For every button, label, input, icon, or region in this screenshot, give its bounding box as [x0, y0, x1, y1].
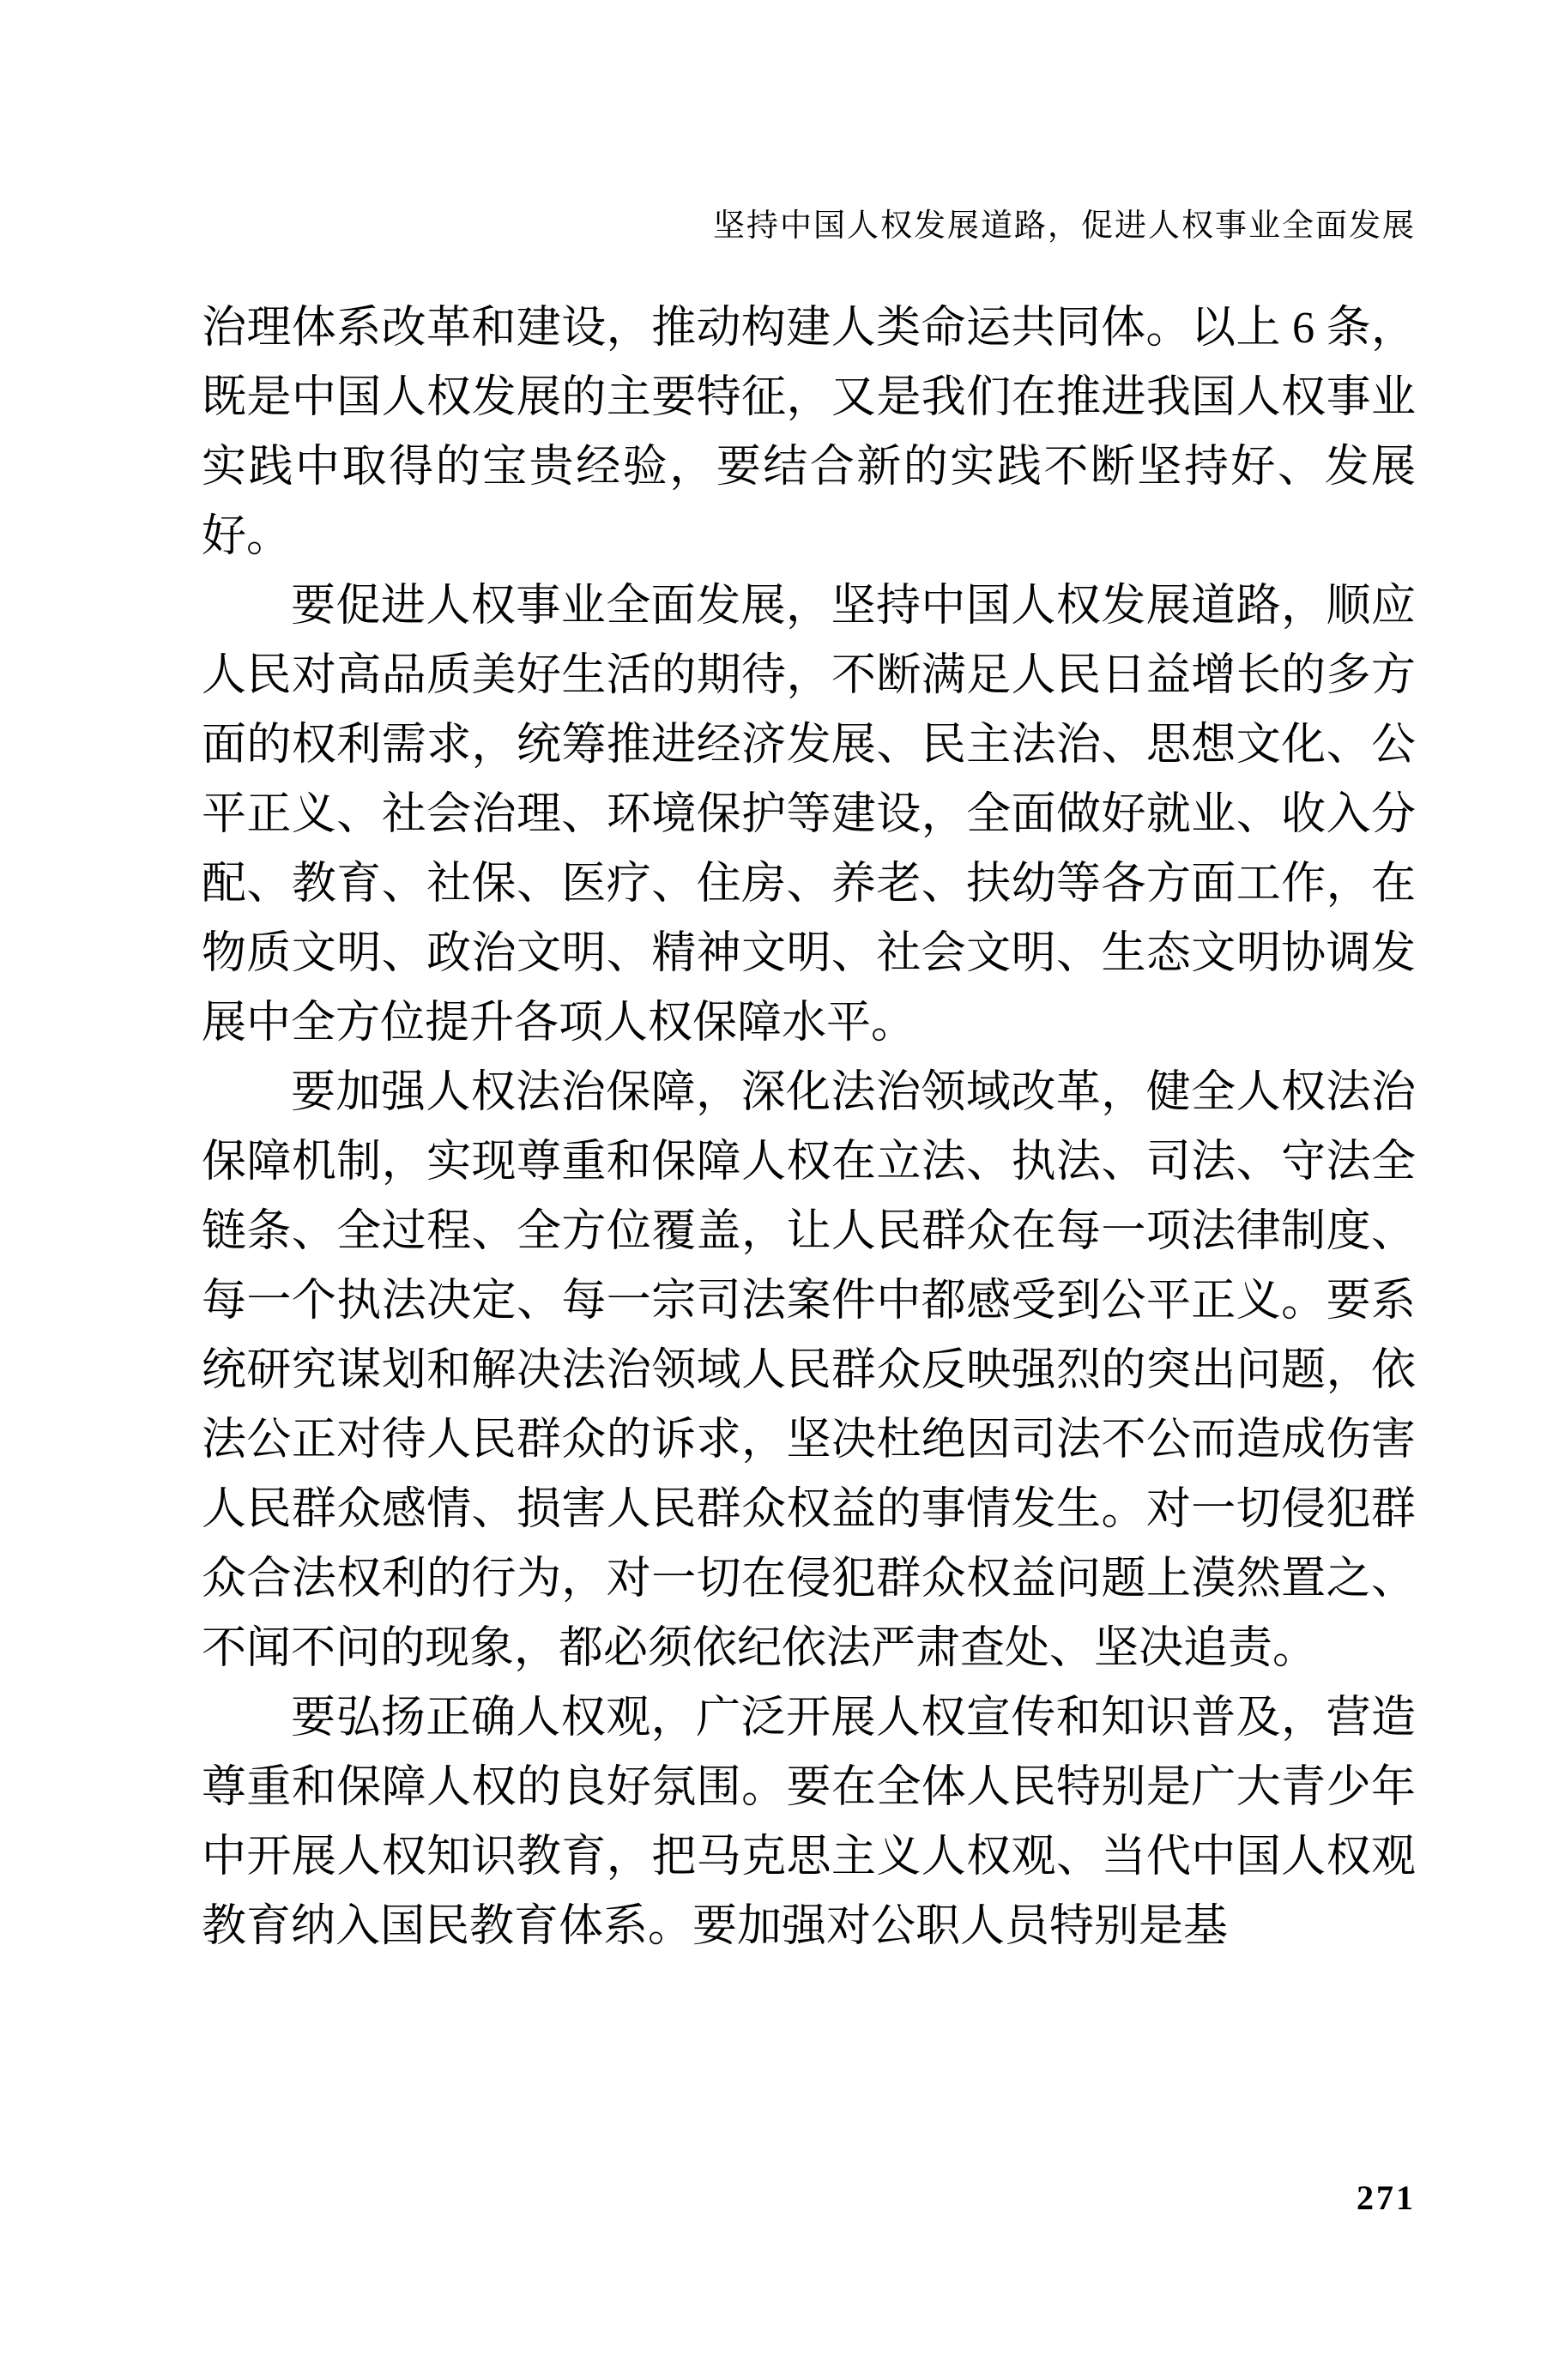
- body-paragraph: 治理体系改革和建设，推动构建人类命运共同体。以上 6 条，既是中国人权发展的主要…: [202, 293, 1416, 571]
- running-header: 坚持中国人权发展道路，促进人权事业全面发展: [202, 199, 1416, 245]
- body-paragraph: 要弘扬正确人权观，广泛开展人权宣传和知识普及，营造尊重和保障人权的良好氛围。要在…: [202, 1683, 1416, 1961]
- page-number: 271: [202, 2178, 1416, 2218]
- body-paragraph: 要促进人权事业全面发展，坚持中国人权发展道路，顺应人民对高品质美好生活的期待，不…: [202, 571, 1416, 1058]
- page-body: 治理体系改革和建设，推动构建人类命运共同体。以上 6 条，既是中国人权发展的主要…: [202, 293, 1416, 1961]
- book-page: 坚持中国人权发展道路，促进人权事业全面发展 治理体系改革和建设，推动构建人类命运…: [0, 0, 1547, 2380]
- body-paragraph: 要加强人权法治保障，深化法治领域改革，健全人权法治保障机制，实现尊重和保障人权在…: [202, 1058, 1416, 1683]
